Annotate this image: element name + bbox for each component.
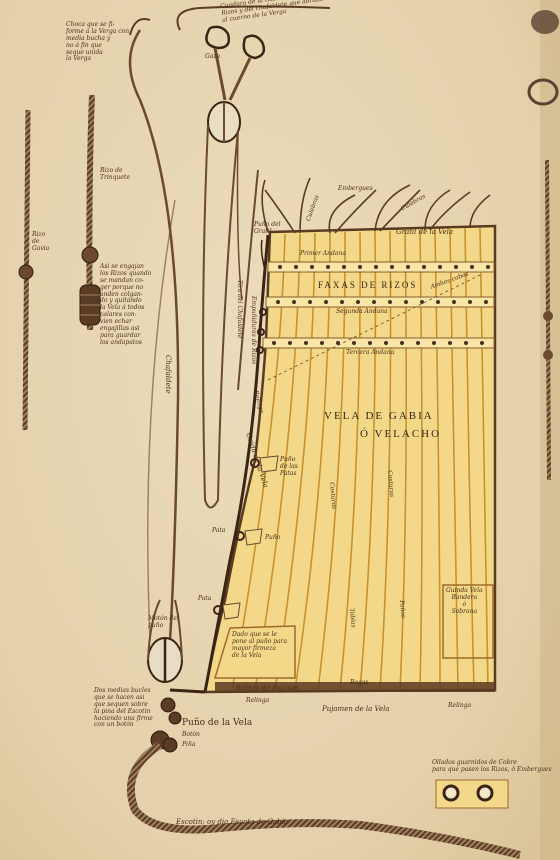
tira-chafaldete-label: Tira del Chafaldete xyxy=(235,280,242,339)
knot-note: Asi se engajan los Rizos quando se manda… xyxy=(100,264,151,347)
costuras-label-1: Costuras xyxy=(385,470,394,498)
puño-de-la-vela-label: Puño de la Vela xyxy=(182,718,252,728)
pata-note-1: Puño de las Patas xyxy=(280,457,298,478)
manuscript-page: Choca que se fi- forme á la Verga con me… xyxy=(0,0,560,860)
gaza-label: Gaza xyxy=(205,54,220,61)
embergues-ropes xyxy=(262,178,490,233)
sail-title-line2: Ó VELACHO xyxy=(360,428,441,441)
escotin-label: Escotin; oy dia Escota de Gabia xyxy=(176,818,288,826)
primera-andana-label: Primer Andana xyxy=(300,251,346,258)
pina-label: Piña xyxy=(182,742,195,749)
top-left-note: Choca que se fi- forme á la Verga con me… xyxy=(66,22,129,63)
relinga-pujamen-label: Relinga del Pujamen xyxy=(236,686,299,693)
tablas-label: Tablas xyxy=(347,608,356,628)
tercera-andana-label: Tercera Andana xyxy=(346,350,394,357)
puño-del-gratil-label: Puño del Gratil xyxy=(254,222,281,236)
embergues-label: Embergues xyxy=(338,186,373,193)
pata-label-2: Pata xyxy=(198,596,211,603)
paños-label: Paños xyxy=(397,600,405,618)
bagas-label: Bagas xyxy=(350,680,368,687)
moton-del-puño-label: Motón del puño xyxy=(148,616,179,630)
relinga-right-label: Relinga xyxy=(448,703,471,710)
boton-label: Botón xyxy=(182,732,200,739)
two-knots-note: Dos medias bucles que se hacen asi que s… xyxy=(94,688,153,729)
fajas-de-rizos-label: FAXAS DE RIZOS xyxy=(318,280,417,290)
pata-note-2: Puño xyxy=(265,535,280,542)
clew-box-note: Dado que se le pone al puño para mayor f… xyxy=(232,632,287,660)
gratil-label: Gratil de la Vela xyxy=(396,228,453,236)
ollados-note: Ollados guarnidos de Cobre para que pase… xyxy=(432,760,552,774)
pata-label-1: Pata xyxy=(212,528,225,535)
sail-title-line1: VELA DE GABIA xyxy=(324,410,434,423)
corner-box-note: Guinda Vela Bandera ó Sobrana xyxy=(446,588,483,616)
sail-diagram-drawing xyxy=(0,0,560,860)
segunda-andana-label: Segunda Andana xyxy=(336,309,388,316)
empuñidura-label: Empuñiduras de Rizos xyxy=(249,296,256,364)
costuras-label-2: Costuras xyxy=(327,482,336,510)
relinga-lower-left-label: Relinga xyxy=(246,698,269,705)
pujamen-label: Pujamen de la Vela xyxy=(322,705,390,713)
rizo-de-gavia-label: Rizo de Gavia xyxy=(32,232,49,253)
rizo-de-trinquete-label: Rizo de Trinquete xyxy=(100,168,130,182)
chafaldete-label: Chafaldete xyxy=(164,355,172,394)
